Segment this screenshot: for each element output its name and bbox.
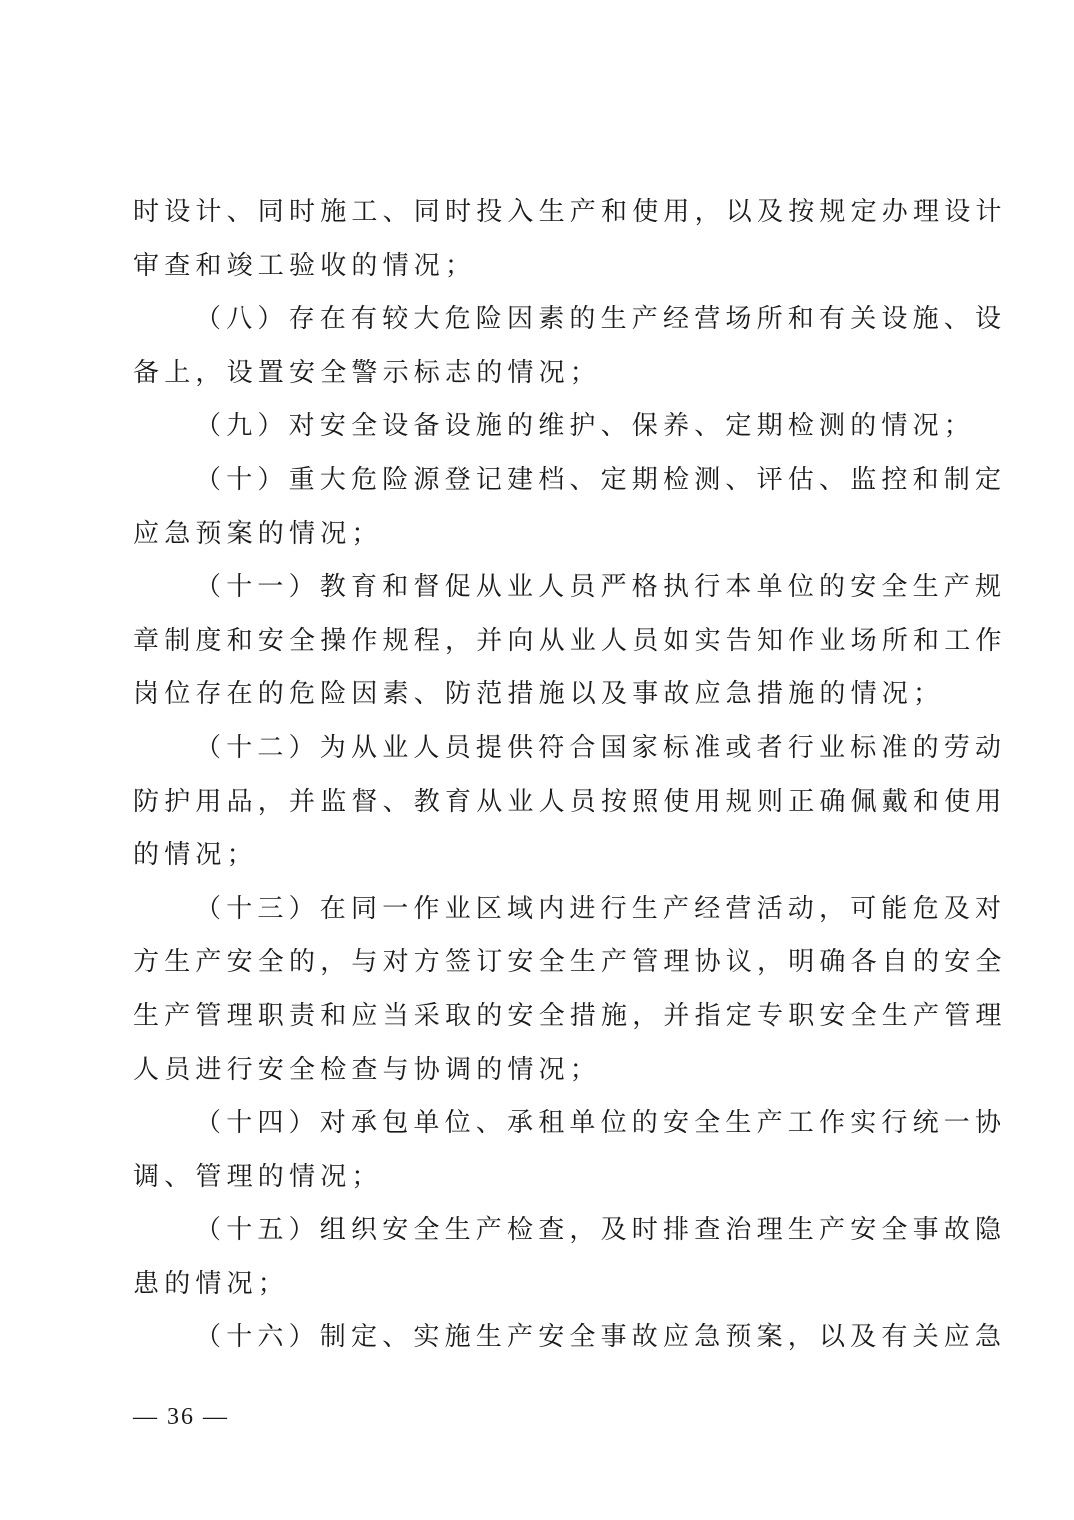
- text-line: 备上，设置安全警示标志的情况；: [133, 347, 945, 401]
- page-number: — 36 —: [133, 1404, 229, 1431]
- text-line: （十）重大危险源登记建档、定期检测、评估、监控和制定: [133, 454, 945, 508]
- text-line: 方生产安全的，与对方签订安全生产管理协议，明确各自的安全: [133, 936, 945, 990]
- text-line: 审查和竣工验收的情况；: [133, 240, 945, 294]
- text-line: （十五）组织安全生产检查，及时排查治理生产安全事故隐: [133, 1204, 945, 1258]
- body-text: 时设计、同时施工、同时投入生产和使用，以及按规定办理设计 审查和竣工验收的情况；…: [133, 186, 945, 1365]
- text-line: 的情况；: [133, 829, 945, 883]
- text-line: 章制度和安全操作规程，并向从业人员如实告知作业场所和工作: [133, 615, 945, 669]
- text-line: 人员进行安全检查与协调的情况；: [133, 1044, 945, 1098]
- text-line: 生产管理职责和应当采取的安全措施，并指定专职安全生产管理: [133, 990, 945, 1044]
- text-line: 调、管理的情况；: [133, 1151, 945, 1205]
- text-line: 防护用品，并监督、教育从业人员按照使用规则正确佩戴和使用: [133, 776, 945, 830]
- text-line: （十二）为从业人员提供符合国家标准或者行业标准的劳动: [133, 722, 945, 776]
- text-line: 时设计、同时施工、同时投入生产和使用，以及按规定办理设计: [133, 186, 945, 240]
- text-line: 应急预案的情况；: [133, 508, 945, 562]
- text-line: 患的情况；: [133, 1258, 945, 1312]
- text-line: 岗位存在的危险因素、防范措施以及事故应急措施的情况；: [133, 668, 945, 722]
- text-line: （十四）对承包单位、承租单位的安全生产工作实行统一协: [133, 1097, 945, 1151]
- text-line: （十三）在同一作业区域内进行生产经营活动，可能危及对: [133, 883, 945, 937]
- text-line: （九）对安全设备设施的维护、保养、定期检测的情况；: [133, 400, 945, 454]
- text-line: （十一）教育和督促从业人员严格执行本单位的安全生产规: [133, 561, 945, 615]
- text-line: （八）存在有较大危险因素的生产经营场所和有关设施、设: [133, 293, 945, 347]
- document-page: 时设计、同时施工、同时投入生产和使用，以及按规定办理设计 审查和竣工验收的情况；…: [0, 0, 1074, 1520]
- text-line: （十六）制定、实施生产安全事故应急预案，以及有关应急: [133, 1311, 945, 1365]
